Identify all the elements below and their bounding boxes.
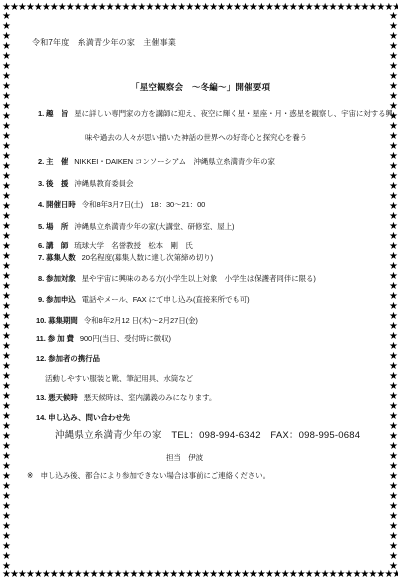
item-application-label: 9. 参加申込 — [38, 295, 76, 304]
item-belongings-label: 12. 参加者の携行品 — [36, 354, 100, 363]
item-contact-label: 14. 申し込み、問い合わせ先 — [36, 413, 130, 422]
item-organizer: 2. 主 催NIKKEI・DAIKEN コンソーシアム 沖縄県立糸満青少年の家 — [38, 157, 275, 167]
item-lecturer: 6. 講 師琉球大学 名誉教授 松本 剛 氏 — [38, 241, 193, 251]
item-support: 3. 後 援沖縄県教育委員会 — [38, 179, 133, 189]
item-fee-text: 900円(当日、受付時に徴収) — [80, 334, 171, 343]
item-datetime-label: 4. 開催日時 — [38, 200, 76, 209]
item-support-text: 沖縄県教育委員会 — [74, 179, 133, 188]
star-border-bottom: ★★★★★★★★★★★★★★★★★★★★★★★★★★★★★★★★★★★★★★★★… — [2, 569, 398, 580]
item-place: 5. 場 所沖縄県立糸満青少年の家(大講堂、研修室、屋上) — [38, 222, 234, 232]
item-recruit-period-label: 10. 募集期間 — [36, 316, 78, 325]
item-organizer-text: NIKKEI・DAIKEN コンソーシアム 沖縄県立糸満青少年の家 — [74, 157, 275, 166]
item-belongings: 12. 参加者の携行品 — [36, 354, 106, 364]
item-organizer-label: 2. 主 催 — [38, 157, 68, 166]
flyer-page: ★★★★★★★★★★★★★★★★★★★★★★★★★★★★★★★★★★★★★★★★… — [0, 0, 400, 582]
item-purpose-line2: 味や過去の人々が思い描いた神話の世界への好奇心と探究心を養う — [85, 133, 307, 143]
item-bad-weather-label: 13. 悪天候時 — [36, 393, 78, 402]
item-capacity-label: 7. 募集人数 — [38, 253, 76, 262]
item-recruit-period: 10. 募集期間令和8年2月12 日(木)～2月27日(金) — [36, 316, 198, 326]
item-recruit-period-text: 令和8年2月12 日(木)～2月27日(金) — [84, 316, 198, 325]
contact-person: 担当 伊波 — [166, 453, 203, 463]
item-purpose-text: 星に詳しい専門家の方を講師に迎え、夜空に輝く星・星座・月・惑星を観察し、宇宙に対… — [74, 109, 393, 118]
item-capacity-text: 20名程度(募集人数に達し次第締め切り) — [82, 253, 213, 262]
star-border-left: ★★★★★★★★★★★★★★★★★★★★★★★★★★★★★★★★★★★★★★★★… — [1, 12, 12, 570]
item-datetime-text: 令和8年3月7日(土) 18：30～21：00 — [82, 200, 206, 209]
item-contact: 14. 申し込み、問い合わせ先 — [36, 413, 136, 423]
item-eligibility-label: 8. 参加対象 — [38, 274, 76, 283]
item-bad-weather-text: 悪天候時は、室内講義のみになります。 — [84, 393, 217, 402]
item-bad-weather: 13. 悪天候時悪天候時は、室内講義のみになります。 — [36, 393, 216, 403]
item-support-label: 3. 後 援 — [38, 179, 68, 188]
item-fee: 11. 参 加 費900円(当日、受付時に徴収) — [36, 334, 171, 344]
footnote: ※ 申し込み後、都合により参加できない場合は事前にご連絡ください。 — [27, 471, 270, 481]
item-place-text: 沖縄県立糸満青少年の家(大講堂、研修室、屋上) — [74, 222, 234, 231]
contact-phone-line: 沖縄県立糸満青少年の家 TEL：098-994-6342 FAX：098-995… — [55, 431, 360, 441]
item-purpose: 1. 趣 旨星に詳しい専門家の方を講師に迎え、夜空に輝く星・星座・月・惑星を観察… — [38, 109, 393, 119]
item-eligibility: 8. 参加対象星や宇宙に興味のある方(小学生以上対象 小学生は保護者同伴に限る) — [38, 274, 316, 284]
star-border-top: ★★★★★★★★★★★★★★★★★★★★★★★★★★★★★★★★★★★★★★★★… — [2, 2, 398, 13]
item-application: 9. 参加申込電話やメール、FAX にて申し込み(直接来所でも可) — [38, 295, 250, 305]
item-place-label: 5. 場 所 — [38, 222, 68, 231]
item-datetime: 4. 開催日時令和8年3月7日(土) 18：30～21：00 — [38, 200, 205, 210]
document-title: 「星空観察会 ～冬編～」開催要項 — [131, 82, 270, 92]
item-fee-label: 11. 参 加 費 — [36, 334, 74, 343]
item-eligibility-text: 星や宇宙に興味のある方(小学生以上対象 小学生は保護者同伴に限る) — [82, 274, 316, 283]
item-application-text: 電話やメール、FAX にて申し込み(直接来所でも可) — [82, 295, 250, 304]
item-purpose-label: 1. 趣 旨 — [38, 109, 68, 118]
item-capacity: 7. 募集人数20名程度(募集人数に達し次第締め切り) — [38, 253, 213, 263]
item-belongings-detail: 活動しやすい服装と靴、筆記用具、水筒など — [45, 374, 193, 384]
program-header: 令和7年度 糸満青少年の家 主催事業 — [32, 38, 176, 48]
star-border-right: ★★★★★★★★★★★★★★★★★★★★★★★★★★★★★★★★★★★★★★★★… — [388, 12, 399, 570]
item-lecturer-text: 琉球大学 名誉教授 松本 剛 氏 — [74, 241, 192, 250]
item-lecturer-label: 6. 講 師 — [38, 241, 68, 250]
